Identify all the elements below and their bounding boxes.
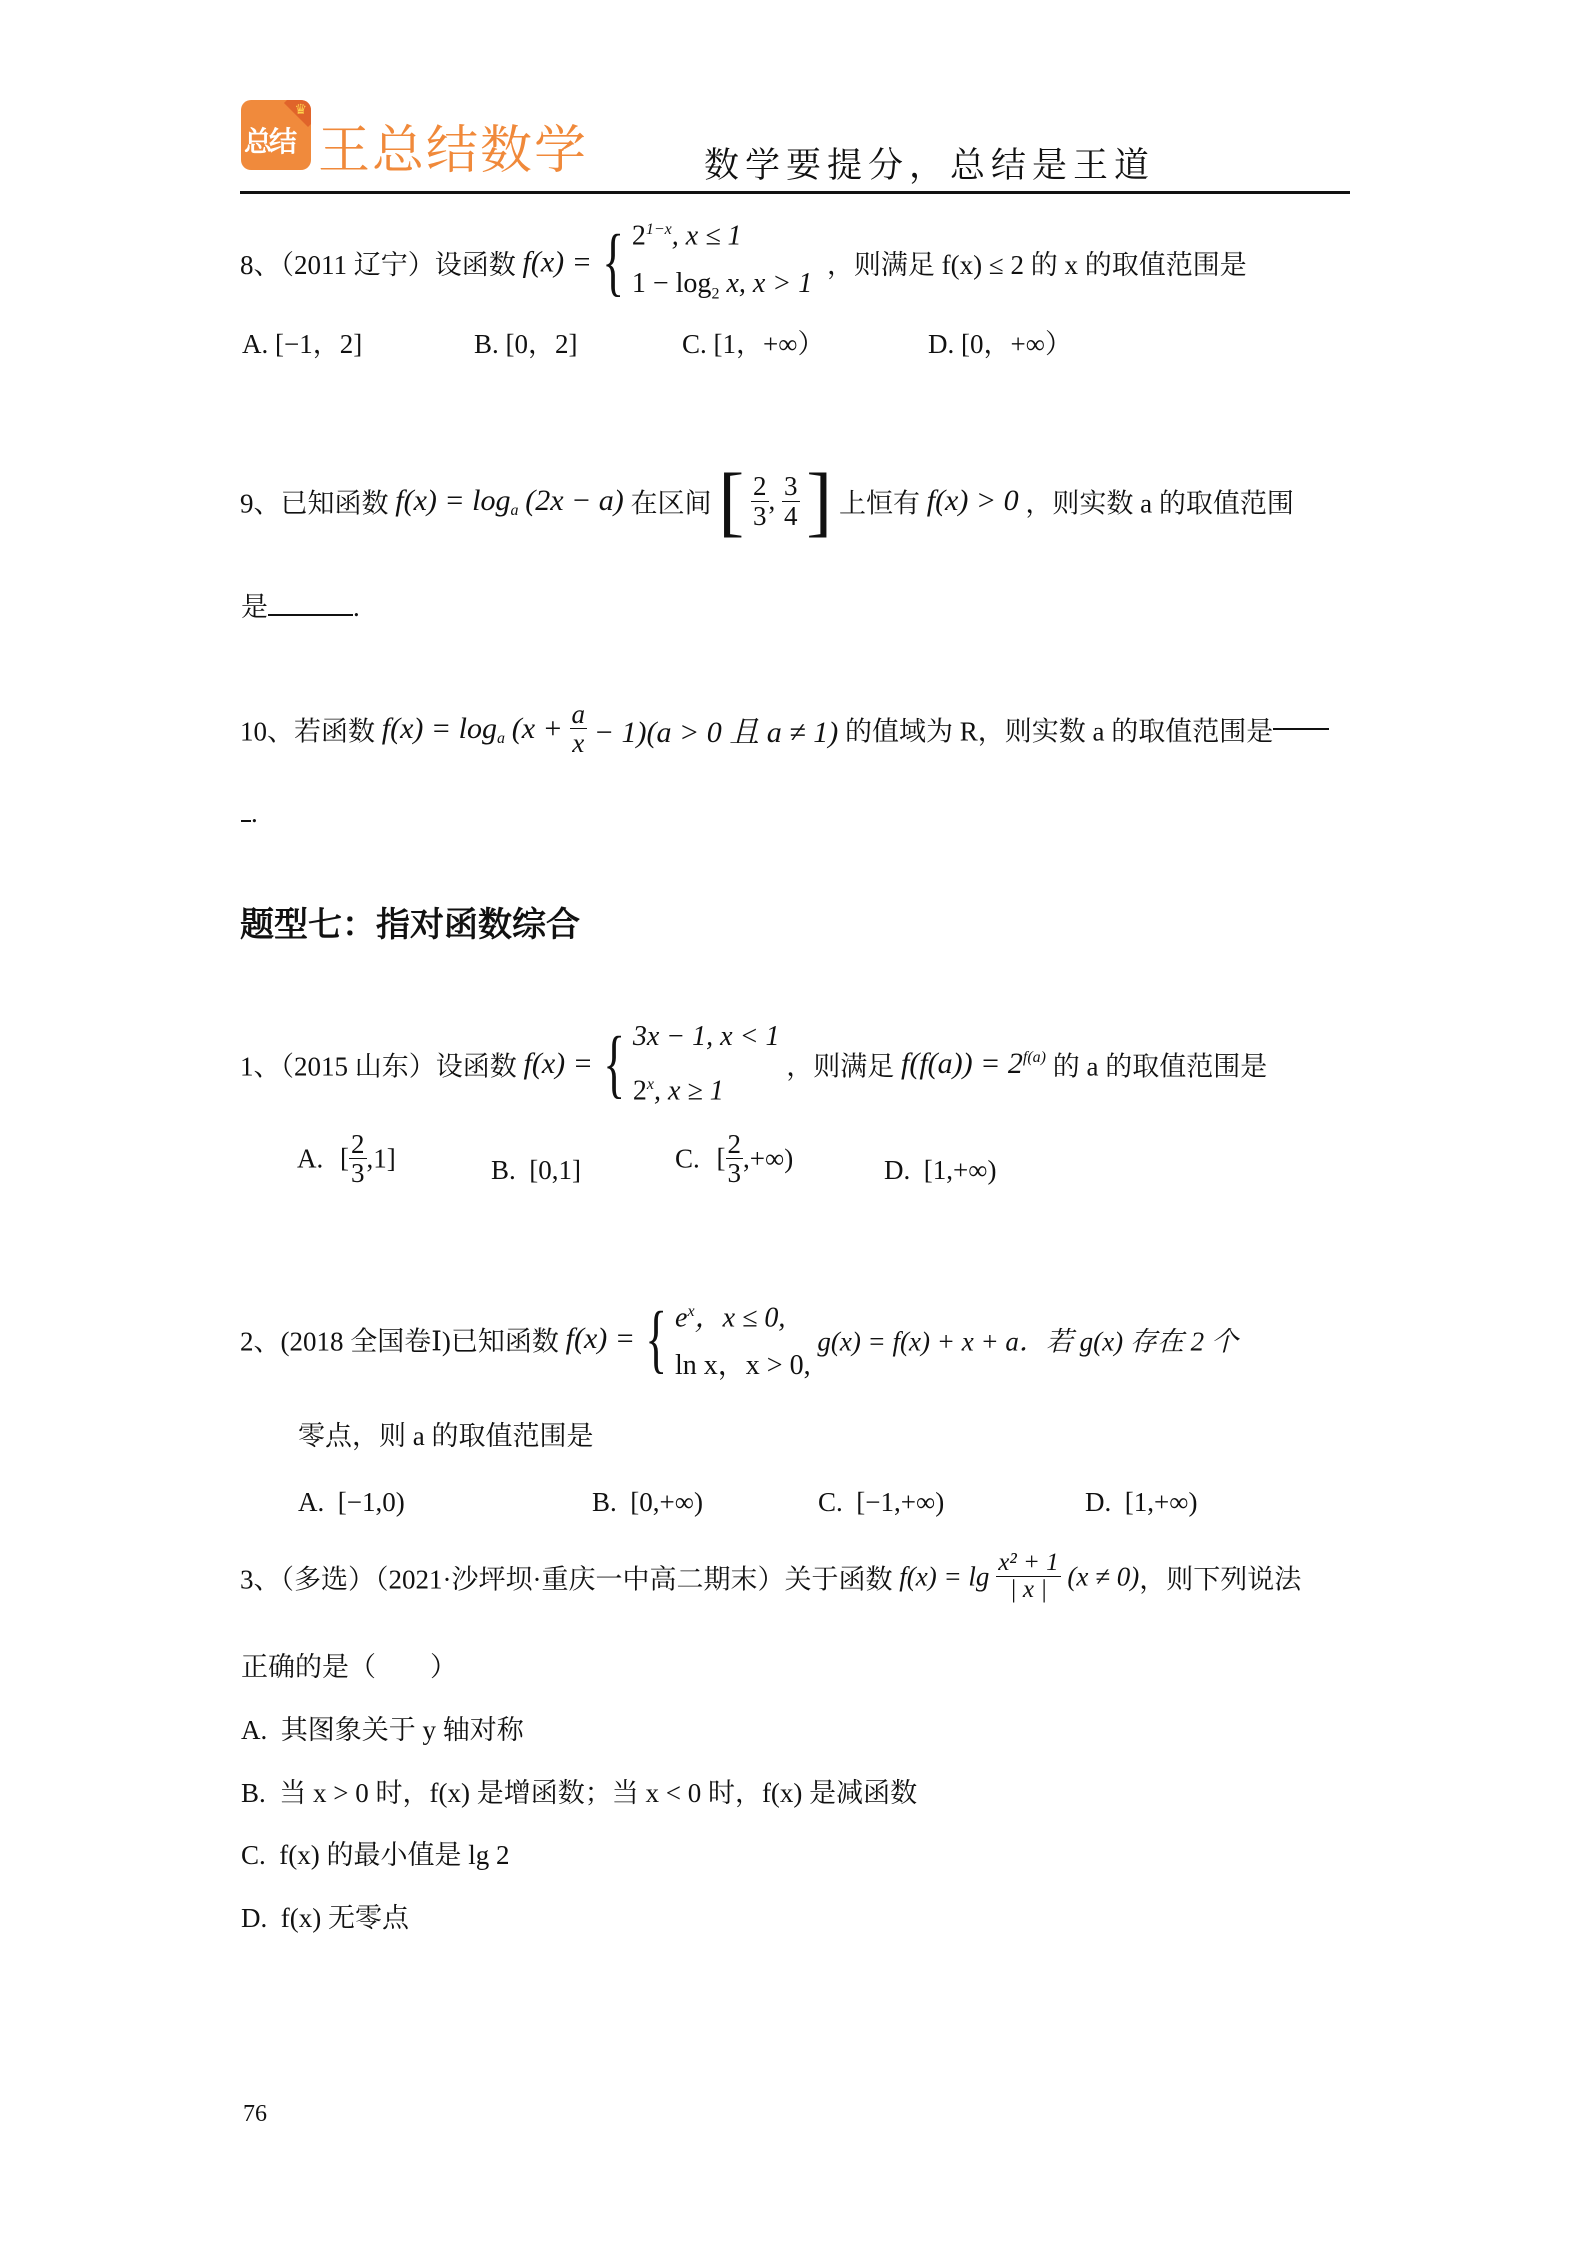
q8-cases: 21−x, x ≤ 1 1 − log2 x, x > 1: [632, 206, 812, 319]
option-text: 其图象关于 y 轴对称: [281, 1715, 524, 1745]
s1-case-1: 3x − 1, x < 1: [633, 1013, 780, 1061]
q8-fx: f(x) =: [523, 245, 592, 278]
q8-option-d: D. [0，+∞）: [928, 322, 1072, 361]
frac-den: 3: [753, 502, 767, 530]
q9-frac-1: 23: [751, 472, 769, 530]
s3-option-c: C. f(x) 的最小值是 lg 2: [241, 1833, 510, 1872]
s3-option-d: D. f(x) 无零点: [241, 1896, 409, 1935]
s3-prefix: 3、（多选）（2021·沙坪坝·重庆一中高二期末）关于函数: [240, 1564, 899, 1594]
s1-suffix: 的 a 的取值范围是: [1053, 1052, 1267, 1082]
answer-blank: [268, 614, 353, 616]
s1-cases: 3x − 1, x < 1 2x, x ≥ 1: [633, 1013, 780, 1115]
q9-comma: ,: [769, 486, 776, 516]
option-post: ,+∞): [743, 1143, 793, 1173]
s1-brace: {: [603, 1026, 625, 1102]
s1-fx: f(x) =: [524, 1047, 593, 1080]
q8-prefix: 8、（2011 辽宁）设函数: [240, 250, 523, 280]
q10-suffix: 的值域为 R，则实数 a 的取值范围是: [845, 716, 1273, 746]
s2-brace: {: [645, 1301, 667, 1377]
q8-case1-base: 2: [632, 220, 646, 251]
frac-den: x: [572, 729, 584, 757]
option-frac: 23: [349, 1130, 367, 1188]
question-9: 9、已知函数 f(x) = loga (2x − a) 在区间 [ 23, 34…: [240, 462, 1294, 540]
s2-option-a: A. [−1,0): [298, 1487, 405, 1518]
s2-option-b: B. [0,+∞): [592, 1487, 703, 1518]
s1-option-d: D. [1,+∞): [884, 1155, 996, 1186]
option-text: [−1,0): [338, 1487, 405, 1517]
brand-name: 王总结数学: [318, 108, 588, 183]
q10-period: .: [251, 798, 258, 828]
q9-line2-text: 是: [241, 592, 268, 622]
answer-blank: [1273, 728, 1329, 730]
q8-option-a: A. [−1，2]: [242, 322, 362, 361]
s3-cond: (x ≠ 0): [1067, 1561, 1139, 1591]
frac-num: 3: [782, 472, 800, 501]
frac-num: a: [570, 700, 588, 729]
q10-fx: f(x) = log: [382, 712, 497, 745]
s1-option-a: A. [23,1]: [297, 1130, 396, 1188]
page-number: 76: [243, 2101, 267, 2128]
crown-icon: ♛: [294, 102, 307, 119]
q9-right-bracket: ]: [806, 462, 832, 540]
q9-period: .: [353, 592, 360, 622]
q9-sub: a: [510, 502, 518, 519]
q9-after: 上恒有: [839, 489, 927, 519]
option-post: ,1]: [367, 1143, 396, 1173]
s1-case2-base: 2: [633, 1075, 647, 1106]
q10-sub: a: [497, 730, 505, 747]
q8-suffix: ，则满足 f(x) ≤ 2 的 x 的取值范围是: [827, 250, 1247, 280]
s2-case-2: ln x，x > 0,: [675, 1342, 811, 1390]
q8-case2-b: x, x > 1: [719, 268, 812, 299]
s2-case1-base: e: [675, 1302, 687, 1333]
s2-prefix: 2、(2018 全国卷Ⅰ)已知函数: [240, 1327, 566, 1357]
s3-option-b: B. 当 x > 0 时，f(x) 是增函数；当 x < 0 时，f(x) 是减…: [241, 1771, 917, 1810]
logo-icon: ♛ 总结: [241, 100, 311, 170]
section-question-1: 1、（2015 山东）设函数 f(x) = { 3x − 1, x < 1 2x…: [240, 1013, 1267, 1115]
s2-option-c: C. [−1,+∞): [818, 1487, 944, 1518]
s1-cond-text: f(f(a)) = 2: [901, 1047, 1023, 1080]
option-text: 当 x > 0 时，f(x) 是增函数；当 x < 0 时，f(x) 是减函数: [279, 1778, 917, 1808]
s1-mid: ，则满足: [786, 1052, 901, 1082]
s2-cases: ex，x ≤ 0, ln x，x > 0,: [675, 1288, 811, 1390]
option-label: D.: [928, 329, 954, 359]
s2-option-d: D. [1,+∞): [1085, 1487, 1197, 1518]
slogan: 数学要提分，总结是王道: [704, 138, 1155, 188]
s3-line-2: 正确的是（ ）: [241, 1645, 457, 1684]
option-text: f(x) 的最小值是 lg 2: [279, 1840, 509, 1870]
q8-case-1: 21−x, x ≤ 1: [632, 206, 812, 260]
option-label: A.: [241, 1715, 267, 1745]
q8-case1-exp: 1−x: [646, 221, 672, 238]
option-text: [0，+∞）: [961, 329, 1072, 359]
option-label: D.: [241, 1903, 267, 1933]
s2-case-1: ex，x ≤ 0,: [675, 1288, 811, 1342]
q10-frac: ax: [570, 700, 588, 758]
option-label: B.: [491, 1155, 516, 1185]
option-label: D.: [884, 1155, 910, 1185]
frac-num: 2: [751, 472, 769, 501]
s3-suffix: ，则下列说法: [1139, 1564, 1301, 1594]
s2-case1-exp: x: [687, 1303, 694, 1320]
header-divider: [240, 191, 1350, 194]
q10-prefix: 10、若函数: [240, 716, 382, 746]
option-text: [0,+∞): [630, 1487, 703, 1517]
frac-num: x² + 1: [996, 1550, 1060, 1577]
option-frac: 23: [726, 1130, 744, 1188]
option-label: A.: [298, 1487, 324, 1517]
option-label: C.: [675, 1143, 700, 1173]
option-label: C.: [682, 329, 707, 359]
s1-case2-exp: x: [647, 1076, 654, 1093]
frac-den: 3: [728, 1159, 742, 1187]
q9-prefix: 9、已知函数: [240, 489, 395, 519]
q8-option-c: C. [1，+∞）: [682, 322, 824, 361]
s1-option-c: C. [23,+∞): [675, 1130, 793, 1188]
s1-case-2: 2x, x ≥ 1: [633, 1061, 780, 1115]
s2-fx: f(x) =: [566, 1322, 635, 1355]
frac-num: 2: [726, 1130, 744, 1159]
logo-glyphs: 总结: [244, 120, 294, 160]
q10-arg-a: (x +: [512, 712, 563, 745]
question-8: 8、（2011 辽宁）设函数 f(x) = { 21−x, x ≤ 1 1 − …: [240, 206, 1247, 319]
option-pre: [: [340, 1143, 349, 1173]
q9-cond: f(x) > 0: [927, 484, 1019, 517]
option-label: B.: [474, 329, 499, 359]
q9-arg: (2x − a): [525, 484, 624, 517]
s3-fx: f(x) = lg: [899, 1561, 989, 1591]
q9-suffix: ，则实数 a 的取值范围: [1025, 489, 1293, 519]
option-text: [−1，2]: [275, 329, 362, 359]
q8-case1-cond: , x ≤ 1: [672, 220, 742, 251]
q9-frac-2: 34: [782, 472, 800, 530]
option-text: [−1,+∞): [856, 1487, 944, 1517]
q9-left-bracket: [: [718, 462, 744, 540]
option-label: D.: [1085, 1487, 1111, 1517]
option-label: C.: [241, 1840, 266, 1870]
s2-line-2: 零点，则 a 的取值范围是: [298, 1414, 593, 1453]
s1-cond-exp: f(a): [1023, 1049, 1046, 1066]
frac-den: | x |: [1010, 1577, 1047, 1603]
option-label: A.: [297, 1143, 323, 1173]
q8-brace: {: [602, 224, 624, 300]
frac-den: 4: [784, 502, 798, 530]
section-question-3: 3、（多选）（2021·沙坪坝·重庆一中高二期末）关于函数 f(x) = lg …: [240, 1550, 1301, 1604]
answer-blank-cont: [241, 820, 251, 822]
q9-mid: 在区间: [631, 489, 712, 519]
option-text: [1，+∞）: [714, 329, 825, 359]
q9-line-2: 是.: [241, 585, 360, 624]
q9-fx: f(x) = log: [395, 484, 510, 517]
s2-mid: g(x) = f(x) + x + a．若 g(x) 存在 2 个: [817, 1327, 1238, 1357]
option-text: [0，2]: [506, 329, 578, 359]
s2-case1-cond: ，x ≤ 0,: [695, 1302, 786, 1333]
option-text: [0,1]: [529, 1155, 581, 1185]
frac-den: 3: [351, 1159, 365, 1187]
option-text: [1,+∞): [1125, 1487, 1198, 1517]
option-label: C.: [818, 1487, 843, 1517]
option-text: f(x) 无零点: [281, 1903, 409, 1933]
option-label: B.: [592, 1487, 617, 1517]
question-10: 10、若函数 f(x) = loga (x + ax − 1)(a > 0 且 …: [240, 700, 1329, 758]
q8-case-2: 1 − log2 x, x > 1: [632, 260, 812, 319]
s3-option-a: A. 其图象关于 y 轴对称: [241, 1708, 524, 1747]
q10-arg-b: − 1)(a > 0 且 a ≠ 1): [594, 716, 838, 749]
s1-case2-cond: , x ≥ 1: [654, 1075, 724, 1106]
q10-line-2: .: [241, 798, 258, 829]
s1-prefix: 1、（2015 山东）设函数: [240, 1052, 524, 1082]
section-heading: 题型七：指对函数综合: [240, 897, 580, 946]
frac-num: 2: [349, 1130, 367, 1159]
option-label: A.: [242, 329, 268, 359]
option-label: B.: [241, 1778, 266, 1808]
option-text: [1,+∞): [924, 1155, 997, 1185]
q8-option-b: B. [0，2]: [474, 322, 578, 361]
option-pre: [: [717, 1143, 726, 1173]
section-question-2: 2、(2018 全国卷Ⅰ)已知函数 f(x) = { ex，x ≤ 0, ln …: [240, 1288, 1238, 1390]
s1-cond: f(f(a)) = 2f(a): [901, 1047, 1046, 1080]
s1-option-b: B. [0,1]: [491, 1155, 581, 1186]
q8-case2-a: 1 − log: [632, 268, 712, 299]
s3-frac: x² + 1| x |: [996, 1550, 1060, 1604]
